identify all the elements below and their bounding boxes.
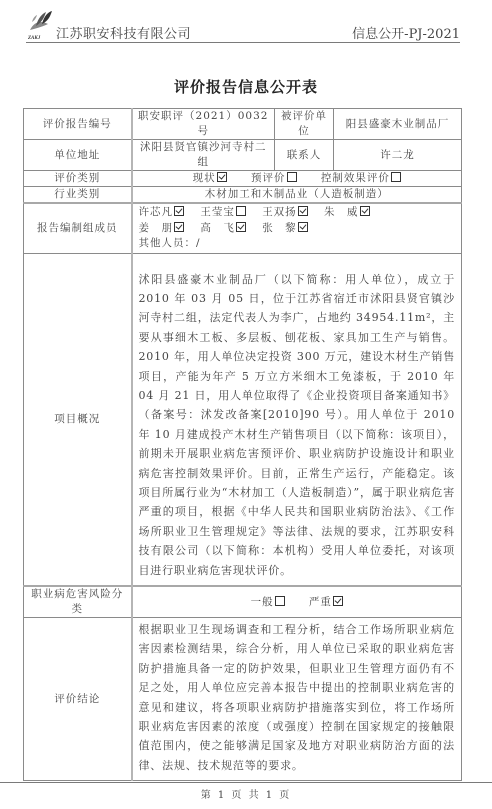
checkbox-unchecked-icon	[391, 172, 401, 182]
checkbox-checked-icon	[236, 222, 246, 232]
checkbox-checked-icon	[174, 206, 184, 216]
risk-option-general: 一般	[251, 595, 285, 610]
checkbox-checked-icon	[298, 222, 308, 232]
team-member: 王双扬	[262, 205, 308, 221]
company-logo-icon: ZAKJ	[26, 8, 58, 40]
address-value: 沭阳县贤官镇沙河寺村二组	[132, 140, 275, 171]
checkbox-unchecked-icon	[275, 596, 285, 606]
team-line-1: 许芯凡 王莹宝 王双扬 朱 威	[139, 205, 456, 221]
team-member: 张 黎	[262, 221, 308, 237]
checkbox-unchecked-icon	[236, 206, 246, 216]
page-title: 评价报告信息公开表	[0, 76, 492, 97]
contact-label: 联系人	[275, 140, 334, 171]
conclusion-label: 评价结论	[24, 618, 132, 781]
info-table: 评价报告编号 职安职评（2021）0032 号 被评价单位 阳县盛豪木业制品厂 …	[23, 108, 462, 781]
eval-type-option-control: 控制效果评价	[321, 171, 401, 186]
report-no-value: 职安职评（2021）0032 号	[132, 109, 275, 140]
team-members: 许芯凡 王莹宝 王双扬 朱 威 姜 朋 高 飞 张 黎 其他人员：/	[132, 203, 462, 253]
row-address: 单位地址 沭阳县贤官镇沙河寺村二组 联系人 许二龙	[24, 140, 462, 171]
document-code: 信息公开-PJ-2021	[352, 23, 460, 42]
company-name: 江苏职安科技有限公司	[56, 23, 191, 42]
row-risk: 职业病危害风险分类 一般 严重	[24, 586, 462, 618]
row-team: 报告编制组成员 许芯凡 王莹宝 王双扬 朱 威 姜 朋 高 飞 张 黎 其他人员…	[24, 203, 462, 253]
team-others: 其他人员：/	[139, 236, 456, 252]
industry-value: 木材加工和木制品业（人造板制造）	[132, 187, 462, 204]
checkbox-checked-icon	[298, 206, 308, 216]
checkbox-checked-icon	[360, 206, 370, 216]
eval-type-option-pre: 预评价	[251, 171, 297, 186]
checkbox-checked-icon	[217, 172, 227, 182]
checkbox-unchecked-icon	[287, 172, 297, 182]
team-member: 许芯凡	[139, 205, 185, 221]
row-report-no: 评价报告编号 职安职评（2021）0032 号 被评价单位 阳县盛豪木业制品厂	[24, 109, 462, 140]
evaluated-unit-label: 被评价单位	[275, 109, 334, 140]
footer-divider	[0, 782, 492, 783]
eval-type-option-current: 现状	[193, 171, 227, 186]
risk-option-serious: 严重	[309, 595, 343, 610]
risk-options: 一般 严重	[132, 586, 462, 618]
contact-value: 许二龙	[334, 140, 462, 171]
industry-label: 行业类别	[24, 187, 132, 204]
team-member: 姜 朋	[139, 221, 185, 237]
overview-text: 沭阳县盛豪木业制品厂（以下简称：用人单位），成立于 2010 年 03 月 05…	[132, 253, 462, 586]
row-overview: 项目概况 沭阳县盛豪木业制品厂（以下简称：用人单位），成立于 2010 年 03…	[24, 253, 462, 586]
checkbox-checked-icon	[333, 596, 343, 606]
page-number: 第 1 页 共 1 页	[0, 786, 492, 801]
page-header: ZAKJ 江苏职安科技有限公司 信息公开-PJ-2021	[26, 6, 460, 43]
team-member: 王莹宝	[200, 205, 246, 221]
row-conclusion: 评价结论 根据职业卫生现场调查和工程分析，结合工作场所职业病危害因素检测结果，综…	[24, 618, 462, 781]
team-label: 报告编制组成员	[24, 203, 132, 253]
row-industry: 行业类别 木材加工和木制品业（人造板制造）	[24, 187, 462, 204]
address-label: 单位地址	[24, 140, 132, 171]
eval-type-label: 评价类别	[24, 171, 132, 187]
conclusion-text: 根据职业卫生现场调查和工程分析，结合工作场所职业病危害因素检测结果，综合分析，用…	[132, 618, 462, 781]
team-member: 朱 威	[324, 205, 370, 221]
risk-label: 职业病危害风险分类	[24, 586, 132, 618]
report-no-label: 评价报告编号	[24, 109, 132, 140]
overview-label: 项目概况	[24, 253, 132, 586]
svg-text:ZAKJ: ZAKJ	[27, 36, 41, 40]
evaluated-unit-value: 阳县盛豪木业制品厂	[334, 109, 462, 140]
team-line-2: 姜 朋 高 飞 张 黎	[139, 221, 456, 237]
eval-type-options: 现状 预评价 控制效果评价	[132, 171, 462, 187]
team-member: 高 飞	[200, 221, 246, 237]
row-eval-type: 评价类别 现状 预评价 控制效果评价	[24, 171, 462, 187]
checkbox-checked-icon	[174, 222, 184, 232]
